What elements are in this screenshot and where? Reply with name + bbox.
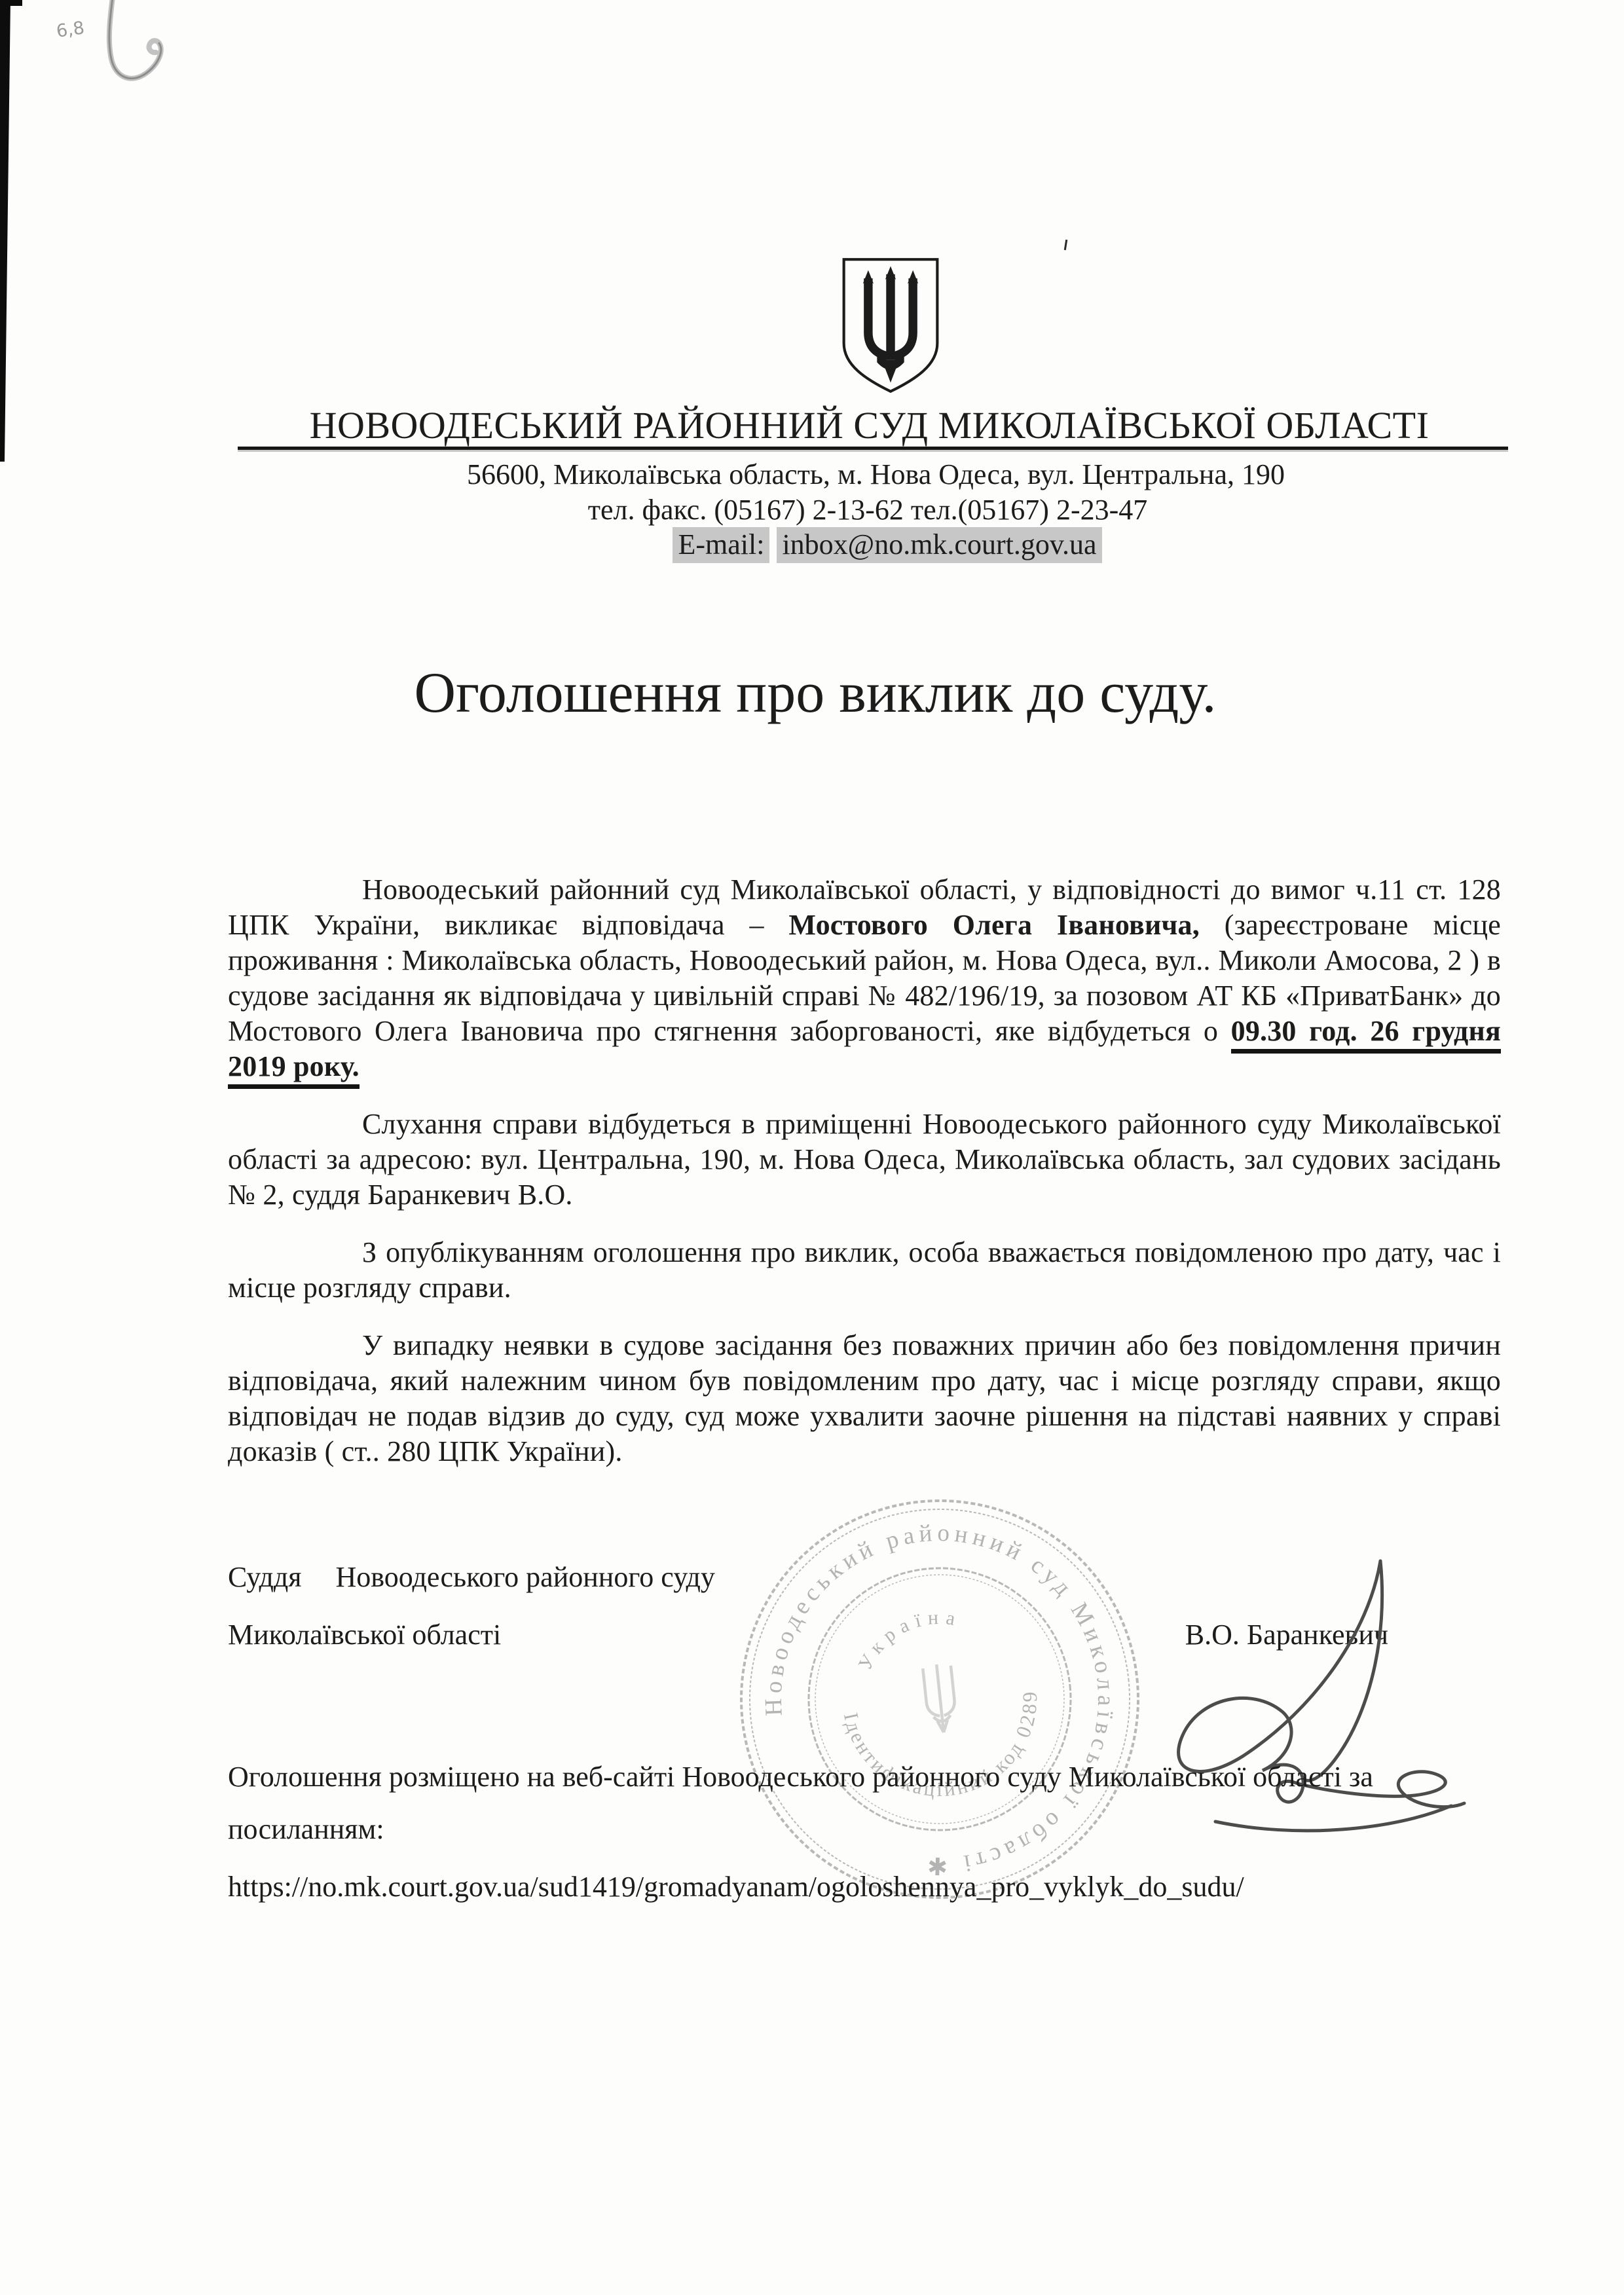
scanned-court-document: 6,8 НОВООДЕСЬКИЙ РАЙОННИЙ СУД МИКОЛАЇВСЬ… <box>0 0 1624 2295</box>
court-phone: тел. факс. (05167) 2-13-62 тел.(05167) 2… <box>228 493 1501 526</box>
footer-publication-line1: Оголошення розміщено на веб-сайті Новоод… <box>228 1760 1501 1793</box>
email-value: inbox@no.mk.court.gov.ua <box>777 527 1101 563</box>
scanner-edge-artifact-top <box>0 0 22 6</box>
stamp-trident-watermark <box>923 1663 958 1734</box>
document-content: НОВООДЕСЬКИЙ РАЙОННИЙ СУД МИКОЛАЇВСЬКОЇ … <box>228 0 1501 2295</box>
judge-court-line1: Новоодеського районного суду <box>336 1561 715 1593</box>
svg-text:Україна: Україна <box>849 1604 969 1676</box>
footer-publication-line2: посиланням: <box>228 1812 1501 1846</box>
court-email-line: E-mail: inbox@no.mk.court.gov.ua <box>228 528 1501 561</box>
ukraine-trident-emblem-icon <box>840 257 942 395</box>
paragraph-publication-notice: З опублікуванням оголошення про виклик, … <box>228 1235 1501 1306</box>
paragraph-hearing-place: Слухання справи відбудеться в приміщенні… <box>228 1107 1501 1213</box>
pencil-note: 6,8 <box>55 18 86 42</box>
paper-clip-icon <box>90 0 189 102</box>
defendant-name: Мостового Олега Івановича, <box>788 909 1200 941</box>
paragraph-summons: Новоодеський районний суд Миколаївської … <box>228 872 1501 1084</box>
court-address: 56600, Миколаївська область, м. Нова Оде… <box>228 458 1501 491</box>
publication-url: https://no.mk.court.gov.ua/sud1419/groma… <box>228 1870 1501 1903</box>
document-body: Новоодеський районний суд Миколаївської … <box>228 872 1501 1492</box>
judge-court-line2: Миколаївської області <box>228 1618 501 1651</box>
court-name-heading: НОВООДЕСЬКИЙ РАЙОННИЙ СУД МИКОЛАЇВСЬКОЇ … <box>228 403 1501 447</box>
judge-role-label: Суддя <box>228 1561 302 1593</box>
paragraph-absence-consequences: У випадку неявки в судове засідання без … <box>228 1328 1501 1469</box>
email-label: E-mail: <box>673 527 769 563</box>
scanner-edge-artifact <box>0 0 10 462</box>
header-rule <box>238 447 1508 450</box>
document-title: Оголошення про виклик до суду. <box>228 660 1501 726</box>
scan-speck <box>1064 240 1067 250</box>
judge-handwritten-signature <box>1022 1540 1493 1854</box>
stamp-country-text: Україна <box>849 1604 969 1676</box>
